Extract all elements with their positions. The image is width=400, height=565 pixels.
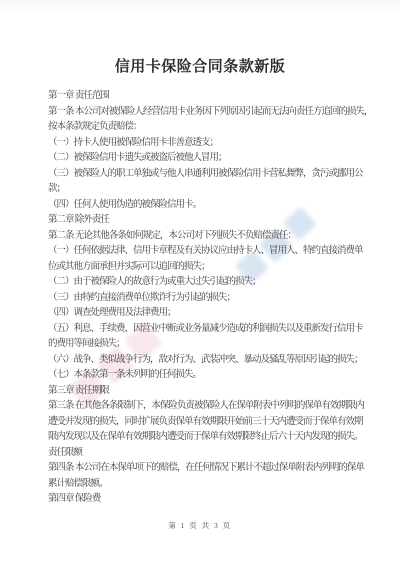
- text-line: （六）战争、类似战争行为，敌对行为、武装冲突、暴动及骚乱等原因引起的损失；: [48, 353, 368, 369]
- text-line: 累计赔偿限额。: [48, 477, 368, 493]
- document-title: 信用卡保险合同条款新版: [0, 55, 400, 76]
- text-line: （二）被保险信用卡遗失或被盗后被他人冒用；: [48, 151, 368, 167]
- text-line: 第二章 除外责任: [48, 213, 368, 229]
- scan-tint: [0, 0, 400, 14]
- text-line: 位或其他方面承担并实际可以追回的损失；: [48, 260, 368, 276]
- text-line: 遭受并发现的损失，同时扩展负责保单有效期限开始前三十天内遭受而于保单有效期: [48, 415, 368, 431]
- text-line: 责任限额: [48, 446, 368, 462]
- text-line: （五）利息、手续费、因营业中断或业务量减少造成的利润损失以及重新发行信用卡: [48, 322, 368, 338]
- text-line: （一）持卡人使用被保险信用卡非善意透支；: [48, 136, 368, 152]
- text-line: 第四条 本公司在本保单项下的赔偿，在任何情况下累计不超过保单附表内列明的保单: [48, 461, 368, 477]
- text-line: （二）由于被保险人的故意行为或重大过失引起的损失；: [48, 275, 368, 291]
- text-line: 第二条 无论其他各条如何规定，本公司对下列损失不负赔偿责任：: [48, 229, 368, 245]
- document-body: 第一章 责任范围第一条 本公司对被保险人经营信用卡业务因下列原因引起而无法向责任…: [48, 89, 368, 508]
- text-line: （三）由特约直接消费单位欺诈行为引起的损失；: [48, 291, 368, 307]
- text-line: 第四章 保险费: [48, 492, 368, 508]
- text-line: 限内发现以及在保单有效期限内遭受而于保单有效期限终止后六十天内发现的损失。: [48, 430, 368, 446]
- page-number: 第 1 页 共 3 页: [0, 520, 400, 531]
- text-line: 的费用等间接损失；: [48, 337, 368, 353]
- text-line: 第三条 在其他各条限制下，本保险负责被保险人在保单附表中列明的保单有效期限内: [48, 399, 368, 415]
- text-line: （三）被保险人的职工单独或与他人串通利用被保险信用卡营私舞弊，贪污或挪用公: [48, 167, 368, 183]
- text-line: （七）本条款第一条未列明的任何损失。: [48, 368, 368, 384]
- text-line: 第一条 本公司对被保险人经营信用卡业务因下列原因引起而无法向责任方追回的损失，: [48, 105, 368, 121]
- text-line: （一）任何依据法律、信用卡章程及有关协议应由持卡人、冒用人、特约直接消费单: [48, 244, 368, 260]
- text-line: 第三章 责任期限: [48, 384, 368, 400]
- text-line: （四）任何人使用伪造的被保险信用卡。: [48, 198, 368, 214]
- text-line: （四）调查处理费用及法律费用；: [48, 306, 368, 322]
- document-page: ▦▩▦ ▦▩▦ 信用卡保险合同条款新版 第一章 责任范围第一条 本公司对被保险人…: [0, 0, 400, 565]
- text-line: 款；: [48, 182, 368, 198]
- text-line: 按本条款规定负责赔偿：: [48, 120, 368, 136]
- text-line: 第一章 责任范围: [48, 89, 368, 105]
